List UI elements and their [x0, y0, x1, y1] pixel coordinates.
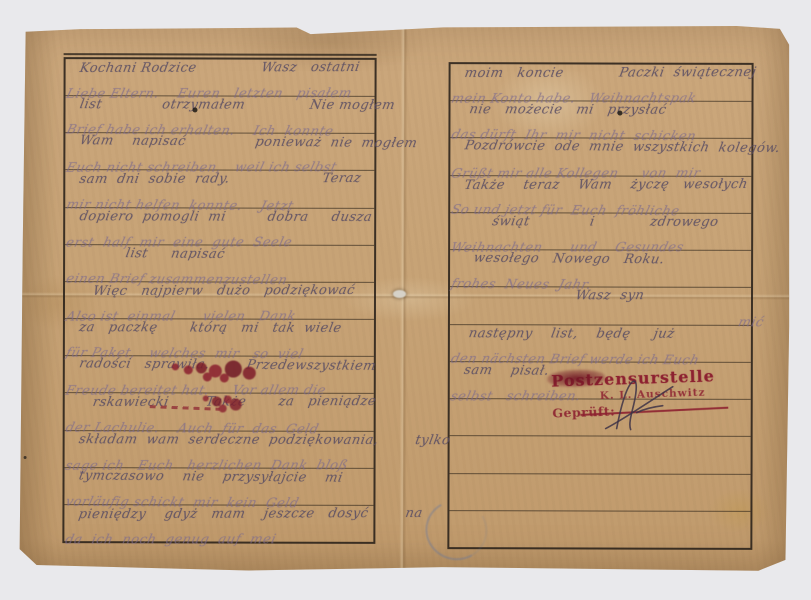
letter-ruled-row: nie możecie mi przysłaćdas dürft Ihr mir… — [450, 101, 751, 139]
letter-ruled-row: rskawiecki Także za pieniądzeder Lachuli… — [65, 394, 374, 432]
handwritten-line-polish: Wasz syn — [454, 289, 646, 304]
handwritten-line-polish: moim koncie Paczki świątecznej — [454, 66, 757, 81]
letter-ruled-row: składam wam serdeczne podziękowania, tyl… — [65, 431, 374, 469]
letter-ruled-row: Pozdrówcie ode mnie wszystkich kolegów.G… — [450, 139, 751, 177]
paper-speck — [24, 456, 27, 459]
handwritten-line-polish: składam wam serdeczne podziękowania, tyl… — [68, 433, 451, 448]
photo-backdrop: Kochani Rodzice Wasz ostatniLiebe Eltern… — [0, 0, 811, 600]
handwritten-line-polish: list napisać — [69, 246, 226, 261]
handwritten-line-german: da ich noch genug auf mei — [64, 533, 278, 547]
handwritten-line-polish: sam pisał. — [454, 364, 551, 379]
letter-ruled-row: Wasz syn mić — [450, 288, 751, 326]
handwritten-line-polish: Kochani Rodzice Wasz ostatni — [69, 61, 361, 76]
handwritten-line-polish: sam dni sobie rady. Teraz — [69, 172, 362, 187]
paper-speck — [18, 455, 21, 458]
letter-ruled-row — [449, 474, 750, 512]
letter-ruled-row: Wam napisać ponieważ nie mogłemEuch nich… — [65, 133, 374, 171]
handwritten-line-polish: list otrzymałem Nie mogłem — [69, 98, 396, 113]
handwritten-line-polish: Także teraz Wam życzę wesołych — [454, 178, 749, 193]
handwritten-line-polish: radości sprawiła. Przedewszystkiem — [69, 357, 377, 374]
handwritten-line-polish: nie możecie mi przysłać — [454, 103, 667, 118]
handwritten-line-polish: Więc najpierw dużo podziękować — [69, 284, 356, 299]
letter-ruled-row: świąt i zdrowegoWeihnachten und Gesundes — [450, 213, 751, 251]
letter-ruled-row: dopiero pomogli mi dobra duszaerst half … — [65, 208, 374, 246]
censor-signature — [603, 377, 681, 435]
letter-ruled-row: sam dni sobie rady. Terazmir nicht helfe… — [65, 171, 374, 209]
letter-ruled-row: Także teraz Wam życzę wesołychSo und jet… — [450, 176, 751, 214]
letter-page-right: moim koncie Paczki świątecznejmein Konto… — [447, 62, 753, 550]
handwritten-line-polish: wesołego Nowego Roku. — [454, 252, 666, 268]
letter-ruled-row: wesołego Nowego Roku.frohes Neues Jahr. — [450, 250, 751, 288]
letter-ruled-row: Więc najpierw dużo podziękowaćAlso ist e… — [65, 282, 374, 320]
handwritten-line-polish: tymczasowo nie przysyłajcie mi — [68, 469, 343, 485]
letter-ruled-row: Kochani Rodzice Wasz ostatniLiebe Eltern… — [66, 59, 375, 97]
letter-ruled-row: radości sprawiła. PrzedewszystkiemFreude… — [65, 356, 374, 394]
ink-dot-left — [192, 107, 197, 112]
letter-sheet: Kochani Rodzice Wasz ostatniLiebe Eltern… — [17, 23, 790, 573]
letter-ruled-row: tymczasowo nie przysyłajcie mivorläufig … — [64, 468, 373, 506]
handwritten-line-polish: rskawiecki Także za pieniądze — [68, 395, 377, 410]
handwritten-line-polish: dopiero pomogli mi dobra dusza — [69, 210, 373, 225]
handwritten-line-polish: Pozdrówcie ode mnie wszystkich kolegów. — [454, 140, 781, 157]
letter-ruled-row: moim koncie Paczki świątecznejmein Konto… — [451, 64, 752, 102]
letter-ruled-row: następny list, będę jużden nächsten Brie… — [450, 325, 751, 363]
fold-hole — [393, 290, 406, 298]
handwritten-line-polish: Wam napisać ponieważ nie mogłem — [69, 134, 418, 151]
letter-ruled-row — [449, 511, 750, 548]
ink-dot-right — [617, 111, 622, 116]
letter-page-left: Kochani Rodzice Wasz ostatniLiebe Eltern… — [62, 57, 376, 544]
handwritten-line-polish: świąt i zdrowego — [454, 215, 720, 230]
letter-ruled-row: za paczkę którą mi tak wielefür Paket, w… — [65, 319, 374, 357]
red-censor-blot-cluster — [203, 395, 209, 401]
handwritten-line-polish: pieniędzy gdyż mam jeszcze dosyć na — [68, 507, 424, 522]
letter-ruled-row — [450, 436, 751, 474]
letter-ruled-row: list napisaćeinen Brief zusammenzustelle… — [65, 245, 374, 283]
letter-ruled-row: pieniędzy gdyż mam jeszcze dosyć nada ic… — [64, 505, 373, 542]
letter-ruled-row: list otrzymałem Nie mogłemBrief habe ich… — [65, 96, 374, 134]
red-censor-blot-cluster — [172, 363, 179, 370]
handwritten-line-polish: następny list, będę już — [454, 327, 676, 342]
handwritten-line-polish: za paczkę którą mi tak wiele — [69, 321, 343, 336]
